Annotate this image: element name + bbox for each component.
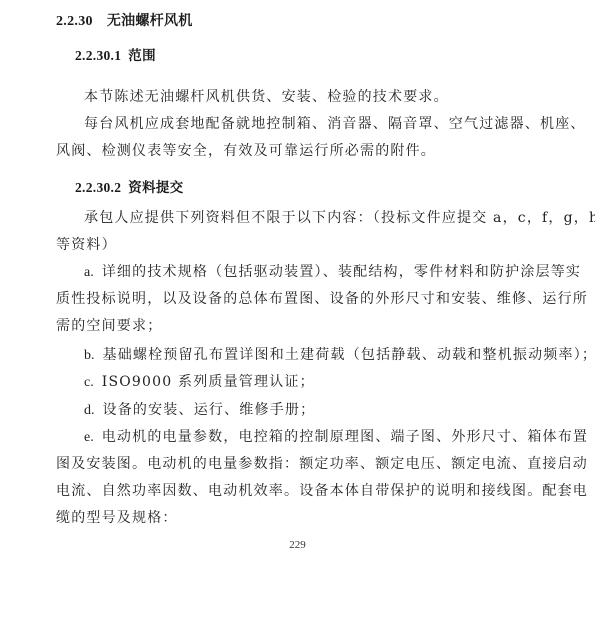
list-item-a: a.详细的技术规格（包括驱动装置）、装配结构，零件材料和防护涂层等实 质性投标说…: [56, 259, 532, 340]
text-line: 图及安装图。电动机的电量参数指：额定功率、额定电压、额定电流、直接启动: [56, 451, 532, 478]
text-line: 缆的型号及规格：: [56, 505, 532, 532]
list-marker: e.: [84, 430, 94, 445]
text-line: 等资料）: [56, 232, 532, 259]
subsection-title: 范围: [128, 48, 156, 64]
subsection-heading-scope: 2.2.30.1范围: [75, 46, 156, 66]
list-item-c: c.ISO9000 系列质量管理认证；: [56, 369, 532, 396]
list-marker: b.: [84, 348, 95, 363]
subsection-number: 2.2.30.1: [75, 48, 121, 63]
text-line: 承包人应提供下列资料但不限于以下内容：（投标文件应提交 a，c，f，g，h: [56, 205, 532, 232]
list-marker: c.: [84, 375, 94, 390]
section-title: 无油螺杆风机: [107, 13, 193, 29]
list-item-e: e.电动机的电量参数，电控箱的控制原理图、端子图、外形尺寸、箱体布置 图及安装图…: [56, 424, 532, 532]
text-line: 本节陈述无油螺杆风机供货、安装、检验的技术要求。: [56, 84, 532, 111]
text-line: 风阀、检测仪表等安全，有效及可靠运行所必需的附件。: [56, 138, 532, 165]
list-item-b: b.基础螺栓预留孔布置详图和土建荷载（包括静载、动载和整机振动频率）；: [56, 342, 532, 369]
subsection-title: 资料提交: [128, 180, 183, 196]
text-line: 每台风机应成套地配备就地控制箱、消音器、隔音罩、空气过滤器、机座、: [56, 111, 532, 138]
document-page: 2.2.30无油螺杆风机 2.2.30.1范围 本节陈述无油螺杆风机供货、安装、…: [0, 0, 595, 632]
scope-paragraph-2: 每台风机应成套地配备就地控制箱、消音器、隔音罩、空气过滤器、机座、 风阀、检测仪…: [56, 111, 532, 165]
subsection-number: 2.2.30.2: [75, 180, 121, 195]
text-line: 质性投标说明，以及设备的总体布置图、设备的外形尺寸和安装、维修、运行所: [56, 286, 532, 313]
text-line: 需的空间要求；: [56, 313, 532, 340]
subsection-heading-submittals: 2.2.30.2资料提交: [75, 178, 183, 198]
text-line: 电流、自然功率因数、电动机效率。设备本体自带保护的说明和接线图。配套电: [56, 478, 532, 505]
list-marker: a.: [84, 265, 94, 280]
text-line: 设备的安装、运行、维修手册；: [103, 402, 316, 418]
text-line: 电动机的电量参数，电控箱的控制原理图、端子图、外形尺寸、箱体布置: [102, 429, 588, 445]
scope-paragraph-1: 本节陈述无油螺杆风机供货、安装、检验的技术要求。: [56, 84, 532, 111]
text-line: 基础螺栓预留孔布置详图和土建荷载（包括静载、动载和整机振动频率）；: [103, 347, 595, 363]
submittals-intro: 承包人应提供下列资料但不限于以下内容：（投标文件应提交 a，c，f，g，h 等资…: [56, 205, 532, 259]
section-number: 2.2.30: [56, 14, 93, 29]
section-heading: 2.2.30无油螺杆风机: [56, 11, 193, 32]
list-item-d: d.设备的安装、运行、维修手册；: [56, 397, 532, 424]
page-number: 229: [0, 539, 595, 551]
text-line: ISO9000 系列质量管理认证；: [102, 374, 315, 390]
list-marker: d.: [84, 403, 95, 418]
text-line: 详细的技术规格（包括驱动装置）、装配结构，零件材料和防护涂层等实: [102, 264, 581, 280]
